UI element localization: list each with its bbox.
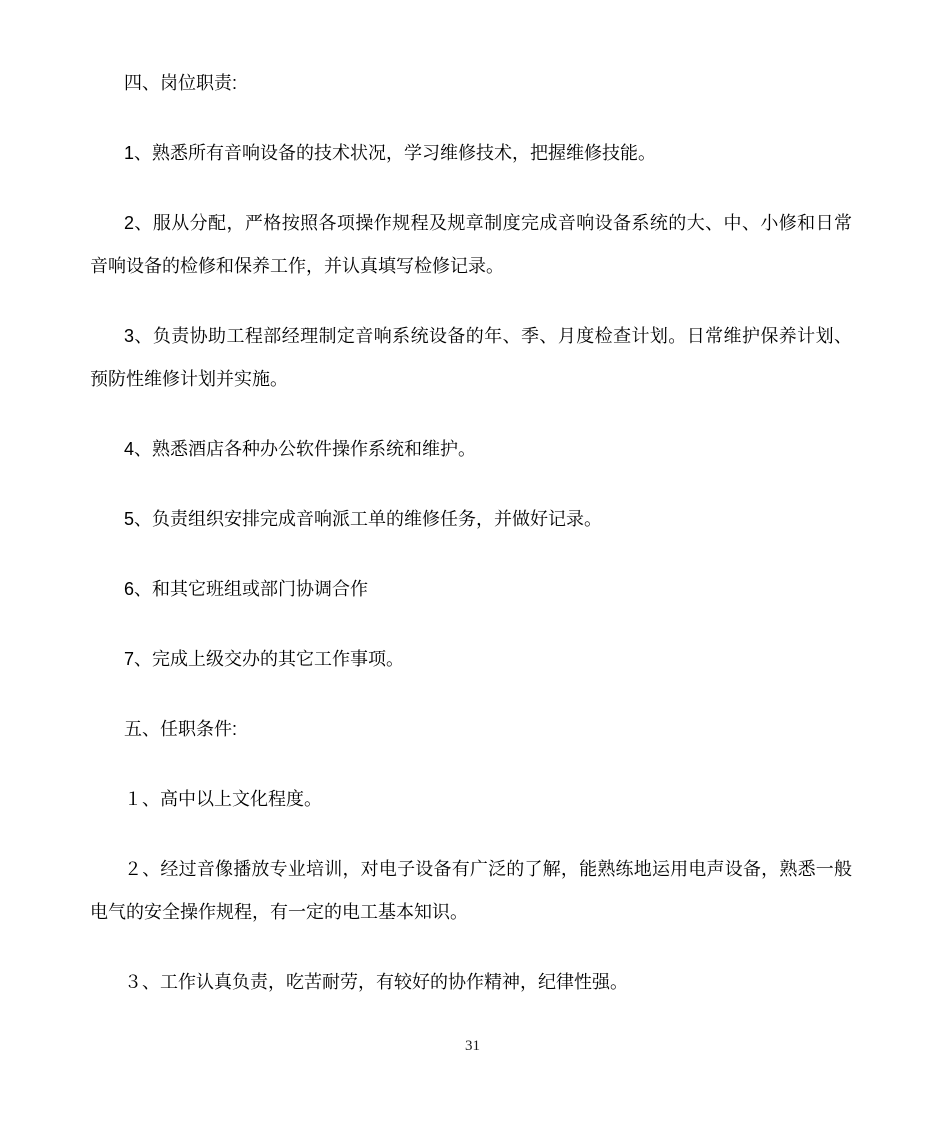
paragraph: 7、完成上级交办的其它工作事项。 [90,638,852,681]
page-number: 31 [0,1038,945,1055]
paragraph: 1、熟悉所有音响设备的技术状况，学习维修技术，把握维修技能。 [90,132,852,175]
paragraph: 五、任职条件: [90,708,852,751]
document-page: 四、岗位职责:1、熟悉所有音响设备的技术状况，学习维修技术，把握维修技能。2、服… [0,0,945,1122]
paragraph: 6、和其它班组或部门协调合作 [90,568,852,611]
paragraph: 3、负责协助工程部经理制定音响系统设备的年、季、月度检查计划。日常维护保养计划、… [90,315,852,401]
paragraph: ２、经过音像播放专业培训，对电子设备有广泛的了解，能熟练地运用电声设备，熟悉一般… [90,848,852,934]
paragraph: ３、工作认真负责，吃苦耐劳，有较好的协作精神，纪律性强。 [90,961,852,1004]
paragraph: 4、熟悉酒店各种办公软件操作系统和维护。 [90,428,852,471]
paragraph: 2、服从分配，严格按照各项操作规程及规章制度完成音响设备系统的大、中、小修和日常… [90,202,852,288]
paragraph: 5、负责组织安排完成音响派工单的维修任务，并做好记录。 [90,498,852,541]
paragraph: １、高中以上文化程度。 [90,778,852,821]
paragraph: 四、岗位职责: [90,62,852,105]
document-body: 四、岗位职责:1、熟悉所有音响设备的技术状况，学习维修技术，把握维修技能。2、服… [90,62,852,1031]
